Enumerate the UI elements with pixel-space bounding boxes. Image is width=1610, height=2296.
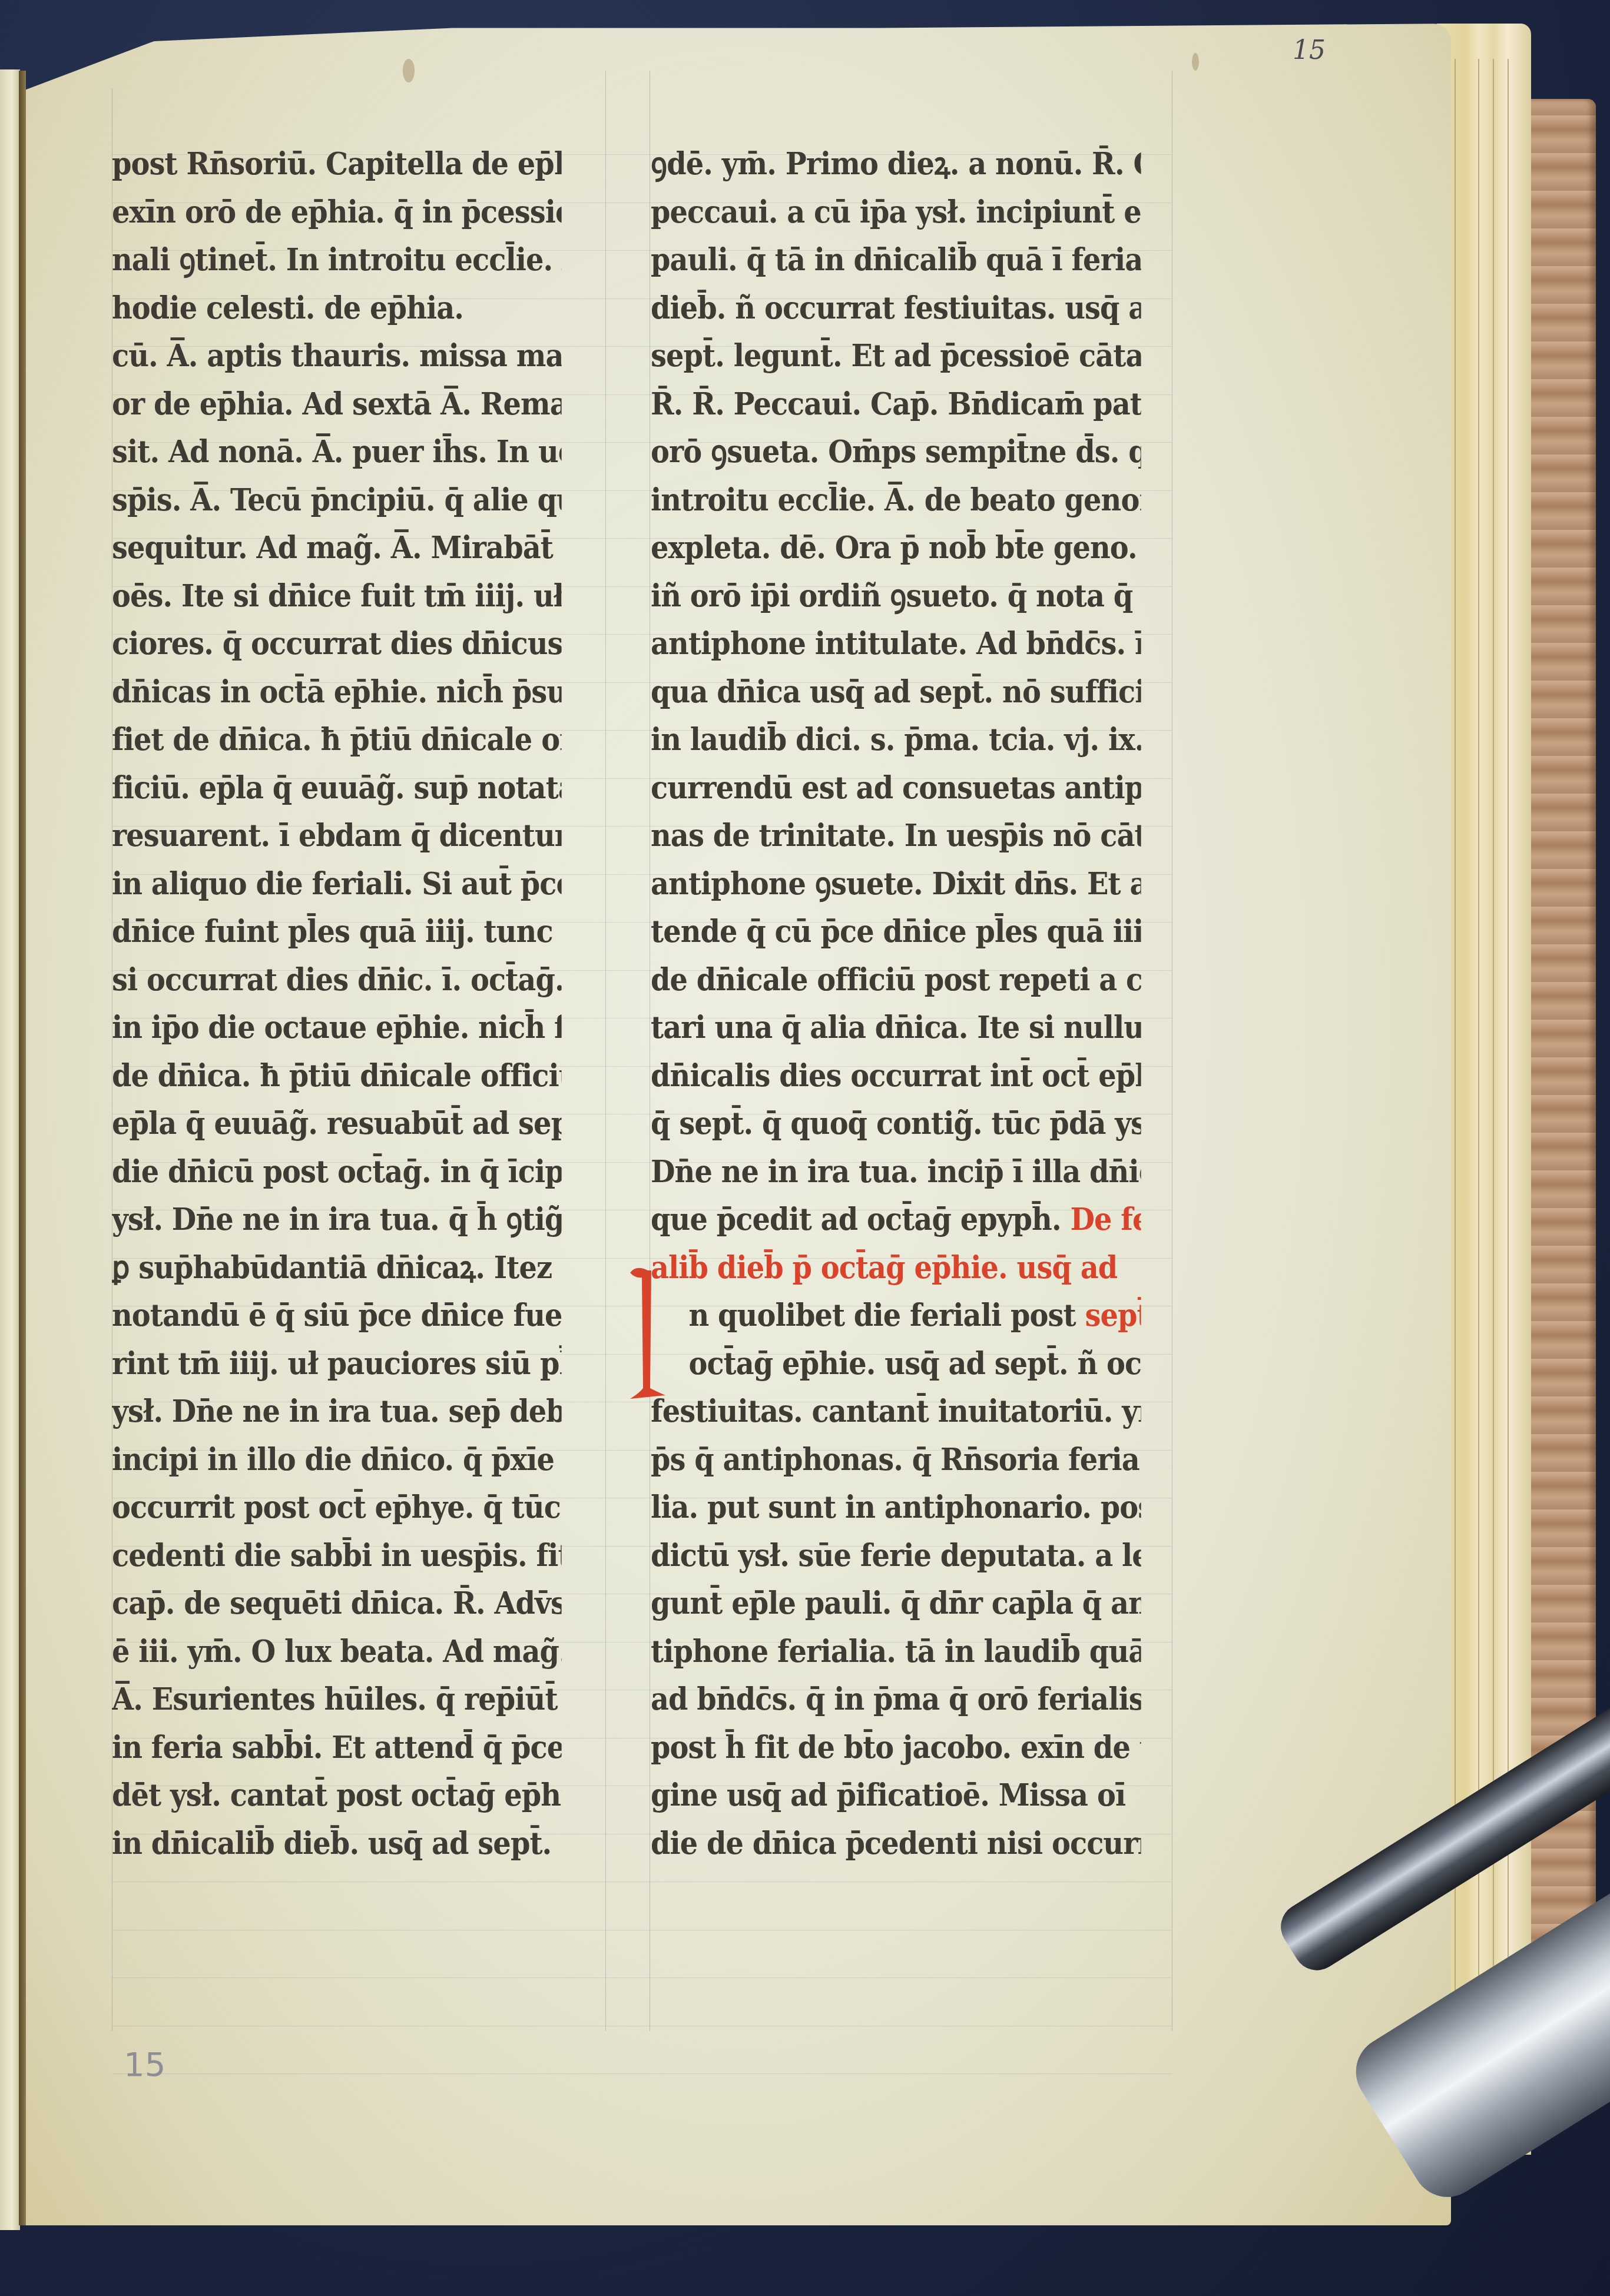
text-line: fiet de dn̄ica. ħ p̄tiū dn̄icale of [112, 716, 562, 764]
text-line: A̅. Esurientes hūiles. q̄ rep̄iūt̄ [112, 1675, 562, 1724]
rubric: De feri [1070, 1202, 1141, 1237]
ruling-line [605, 71, 606, 2031]
text-line: pauli. q̄ tā in dn̄icalib̄ quā ī feriali… [651, 236, 1141, 284]
text-line: antiphone ꝯsuete. Dixit dn̄s. Et ad [651, 860, 1141, 908]
text-line: dn̄icalis dies occurrat int̄ oct̄ ep̄hie [651, 1052, 1141, 1100]
text-line: sept̄. legunt̄. Et ad p̄cessioē cātat̄ [651, 332, 1141, 380]
text-line: incipi in illo die dn̄ico. q̄ p̄xīe [112, 1436, 562, 1484]
text-line: tende q̄ cū p̄ce dn̄ice pl̄es quā iiij [651, 908, 1141, 956]
text-line: R̄. R̄. Peccaui. Cap̄. Bn̄dicam̄ patrē [651, 380, 1141, 429]
text-line: iñ orō ip̄i ordiñ ꝯsueto. q̄ nota q̄ si [651, 572, 1141, 621]
text-line: sit. Ad nonā. A̅. puer ih̄s. In uē [112, 428, 562, 476]
text-line: nali ꝯtinet̄. In introitu eccl̄ie. A̅. [112, 236, 562, 284]
folio-number-top: 15 [1293, 35, 1326, 65]
text-line: in ip̄o die octaue ep̄hie. nich̄ fiet [112, 1004, 562, 1052]
text-line: orō ꝯsueta. Om̄ps sempit̄ne d̄s. qui ī [651, 428, 1141, 476]
rubric: sept̄. [1085, 1298, 1141, 1333]
text-column-right: ꝯdē. ym̄. Primo dieꝝ. a nonū. R̄. C.pecc… [651, 140, 1184, 1867]
text-line: ē iii. ym̄. O lux beata. Ad mag̃. [112, 1628, 562, 1676]
text-line: cedenti die sabb̄i in uesp̄is. fit [112, 1532, 562, 1580]
text-line: introitu eccl̄ie. A̅. de beato genone. q… [651, 476, 1141, 525]
text-line-rubric-start: que p̄cedit ad oct̄aḡ epyph̄. De feri [651, 1196, 1141, 1244]
text-line: de dn̄ica. ħ p̄tiū dn̄icale officiū. [112, 1052, 562, 1100]
rubric-line: alib̄ dieb̄ p̄ oct̄aḡ ep̄hie. usq̄ ad [651, 1244, 1141, 1292]
text-line: si occurrat dies dn̄ic. ī. oct̄aḡ. uel [112, 956, 562, 1004]
text-line: cap̄. de sequēti dn̄ica. R̄. Adv̄s. [112, 1580, 562, 1628]
ruling-line [112, 1978, 1172, 1978]
text-line: currendū est ad consuetas antipho [651, 764, 1141, 812]
text-line: die dn̄icū post oct̄aḡ. in q̄ īcipiet̄ [112, 1148, 562, 1196]
text-line: ꝯdē. ym̄. Primo dieꝝ. a nonū. R̄. C. [651, 140, 1141, 188]
text-line: rint tm̄ iiij. uł pauciores siū pl̄es. [112, 1340, 562, 1388]
text-line: cū. A̅. aptis thauris. missa mai [112, 332, 562, 380]
ruling-line [112, 2026, 1172, 2026]
text-line: ysł. Dn̄e ne in ira tua. sep̄ debet [112, 1388, 562, 1436]
text-line: lia. put sunt in antiphonario. post p̄ [651, 1484, 1141, 1532]
text-line: die de dn̄ica p̄cedenti nisi occurrat [651, 1820, 1141, 1868]
text-column-left: post Rn̄soriū. Capitella de ep̄hiaexīn o… [112, 140, 601, 1867]
text-line: post Rn̄soriū. Capitella de ep̄hia [112, 140, 562, 188]
text-line: antiphone intitulate. Ad bn̄dc̄s. ī ali [651, 620, 1141, 668]
text-line: post h̄ fit de bt̄o jacobo. exīn de uir [651, 1724, 1141, 1772]
text-line: gine usq̄ ad p̄ificatioē. Missa oī [651, 1771, 1141, 1820]
text-line: q̄ sept̄. q̄ quoq̄ contig̃. tūc p̄dā ysł [651, 1100, 1141, 1148]
text-line: nas de trinitate. In uesp̄is nō cātat̄ [651, 812, 1141, 860]
folio-number-bottom: 15 [124, 2046, 165, 2084]
text-line: Dn̄e ne in ira tua. incip̄ ī illa dn̄ica… [651, 1148, 1141, 1196]
text-line-after-initial: n quolibet die feriali post sept̄. [651, 1292, 1141, 1340]
text-line: tiphone ferialia. tā in laudib̄ quā [651, 1628, 1141, 1676]
text-line: in laudib̄ dici. s. p̄ma. tcia. vj. ix. … [651, 716, 1141, 764]
text-line: notandū ē q̄ siū p̄ce dn̄ice fue [112, 1292, 562, 1340]
text-line: resuarent. ī ebdam q̄ dicentur. [112, 812, 562, 860]
stain [403, 59, 415, 82]
gutter [19, 71, 26, 2225]
ruling-line [112, 2073, 1172, 2074]
text-line: exīn orō de ep̄hia. q̄ in p̄cessio [112, 188, 562, 237]
text-line: festiuitas. cantant̄ inuitatoriū. ym̄. [651, 1388, 1141, 1436]
text-line: dn̄icas in oct̄ā ep̄hie. nich̄ p̄sus [112, 668, 562, 716]
text-line: dēt ysł. cantat̄ post oct̄aḡ ep̄hie. [112, 1771, 562, 1820]
text-line: qua dn̄ica usq̄ ad sept̄. nō sufficiunt [651, 668, 1141, 716]
text-line: or de ep̄hia. Ad sextā A̅. Reman [112, 380, 562, 429]
text-line: ysł. Dn̄e ne in ira tua. q̄ h̄ ꝯtig̃ [112, 1196, 562, 1244]
text-line: expleta. dē. Ora p̄ nob̄ bt̄e geno. ex [651, 524, 1141, 572]
text-line: oct̄aḡ ep̄hie. usq̄ ad sept̄. ñ occurrat [651, 1340, 1141, 1388]
text-line: ad bn̄dc̄s. q̄ in p̄ma q̄ orō ferialis. [651, 1675, 1141, 1724]
ruling-line [112, 1882, 1172, 1882]
text-line: in dn̄icalib̄ dieb̄. usq̄ ad sept̄. [112, 1820, 562, 1868]
facing-page-edge [0, 69, 20, 2230]
text-line: ficiū. ep̄la q̄ euuāg̃. sup̄ notata. r̄ [112, 764, 562, 812]
text-line: occurrit post oct̄ ep̄hye. q̄ tūc p̄ [112, 1484, 562, 1532]
red-initial-I [624, 1265, 665, 1401]
text-line: dieb̄. ñ occurrat festiuitas. usq̄ ad [651, 284, 1141, 333]
text-line: ꝑ sup̄habūdantiā dn̄icaꝝ. Itez [112, 1244, 562, 1292]
text-line: sp̄is. A̅. Tecū p̄ncipiū. q̄ alie que [112, 476, 562, 525]
text-line: ep̄la q̄ euuāg̃. resuabūt̄ ad sept̄e [112, 1100, 562, 1148]
text-line: dn̄ice fuint pl̄es quā iiij. tunc [112, 908, 562, 956]
text-line: peccaui. a cū ip̄a ysł. incipiunt̄ ep̄le [651, 188, 1141, 237]
text-line: tari una q̄ alia dn̄ica. Ite si nullus [651, 1004, 1141, 1052]
text-line: in feria sabb̄i. Et attend̄ q̄ p̄ce [112, 1724, 562, 1772]
ruling-line [112, 1930, 1172, 1930]
text-line: oēs. Ite si dn̄ice fuit tm̄ iiij. uł pau [112, 572, 562, 621]
text-line: sequitur. Ad mag̃. A̅. Mirabāt̄ [112, 524, 562, 572]
stain [1192, 53, 1199, 71]
text-line: p̄s q̄ antiphonas. q̄ Rn̄soria feria [651, 1436, 1141, 1484]
text-line: dictū ysł. sūe ferie deputata. a le [651, 1532, 1141, 1580]
text-line: hodie celesti. de ep̄hia. [112, 284, 562, 333]
text-line: de dn̄icale officiū post repeti a can [651, 956, 1141, 1004]
text-line: gunt̄ ep̄le pauli. q̄ dn̄r cap̄la q̄ an [651, 1580, 1141, 1628]
text-line: ciores. q̄ occurrat dies dn̄icus [112, 620, 562, 668]
text-line: in aliquo die feriali. Si aut̄ p̄ce [112, 860, 562, 908]
ruling-line [650, 71, 650, 2031]
